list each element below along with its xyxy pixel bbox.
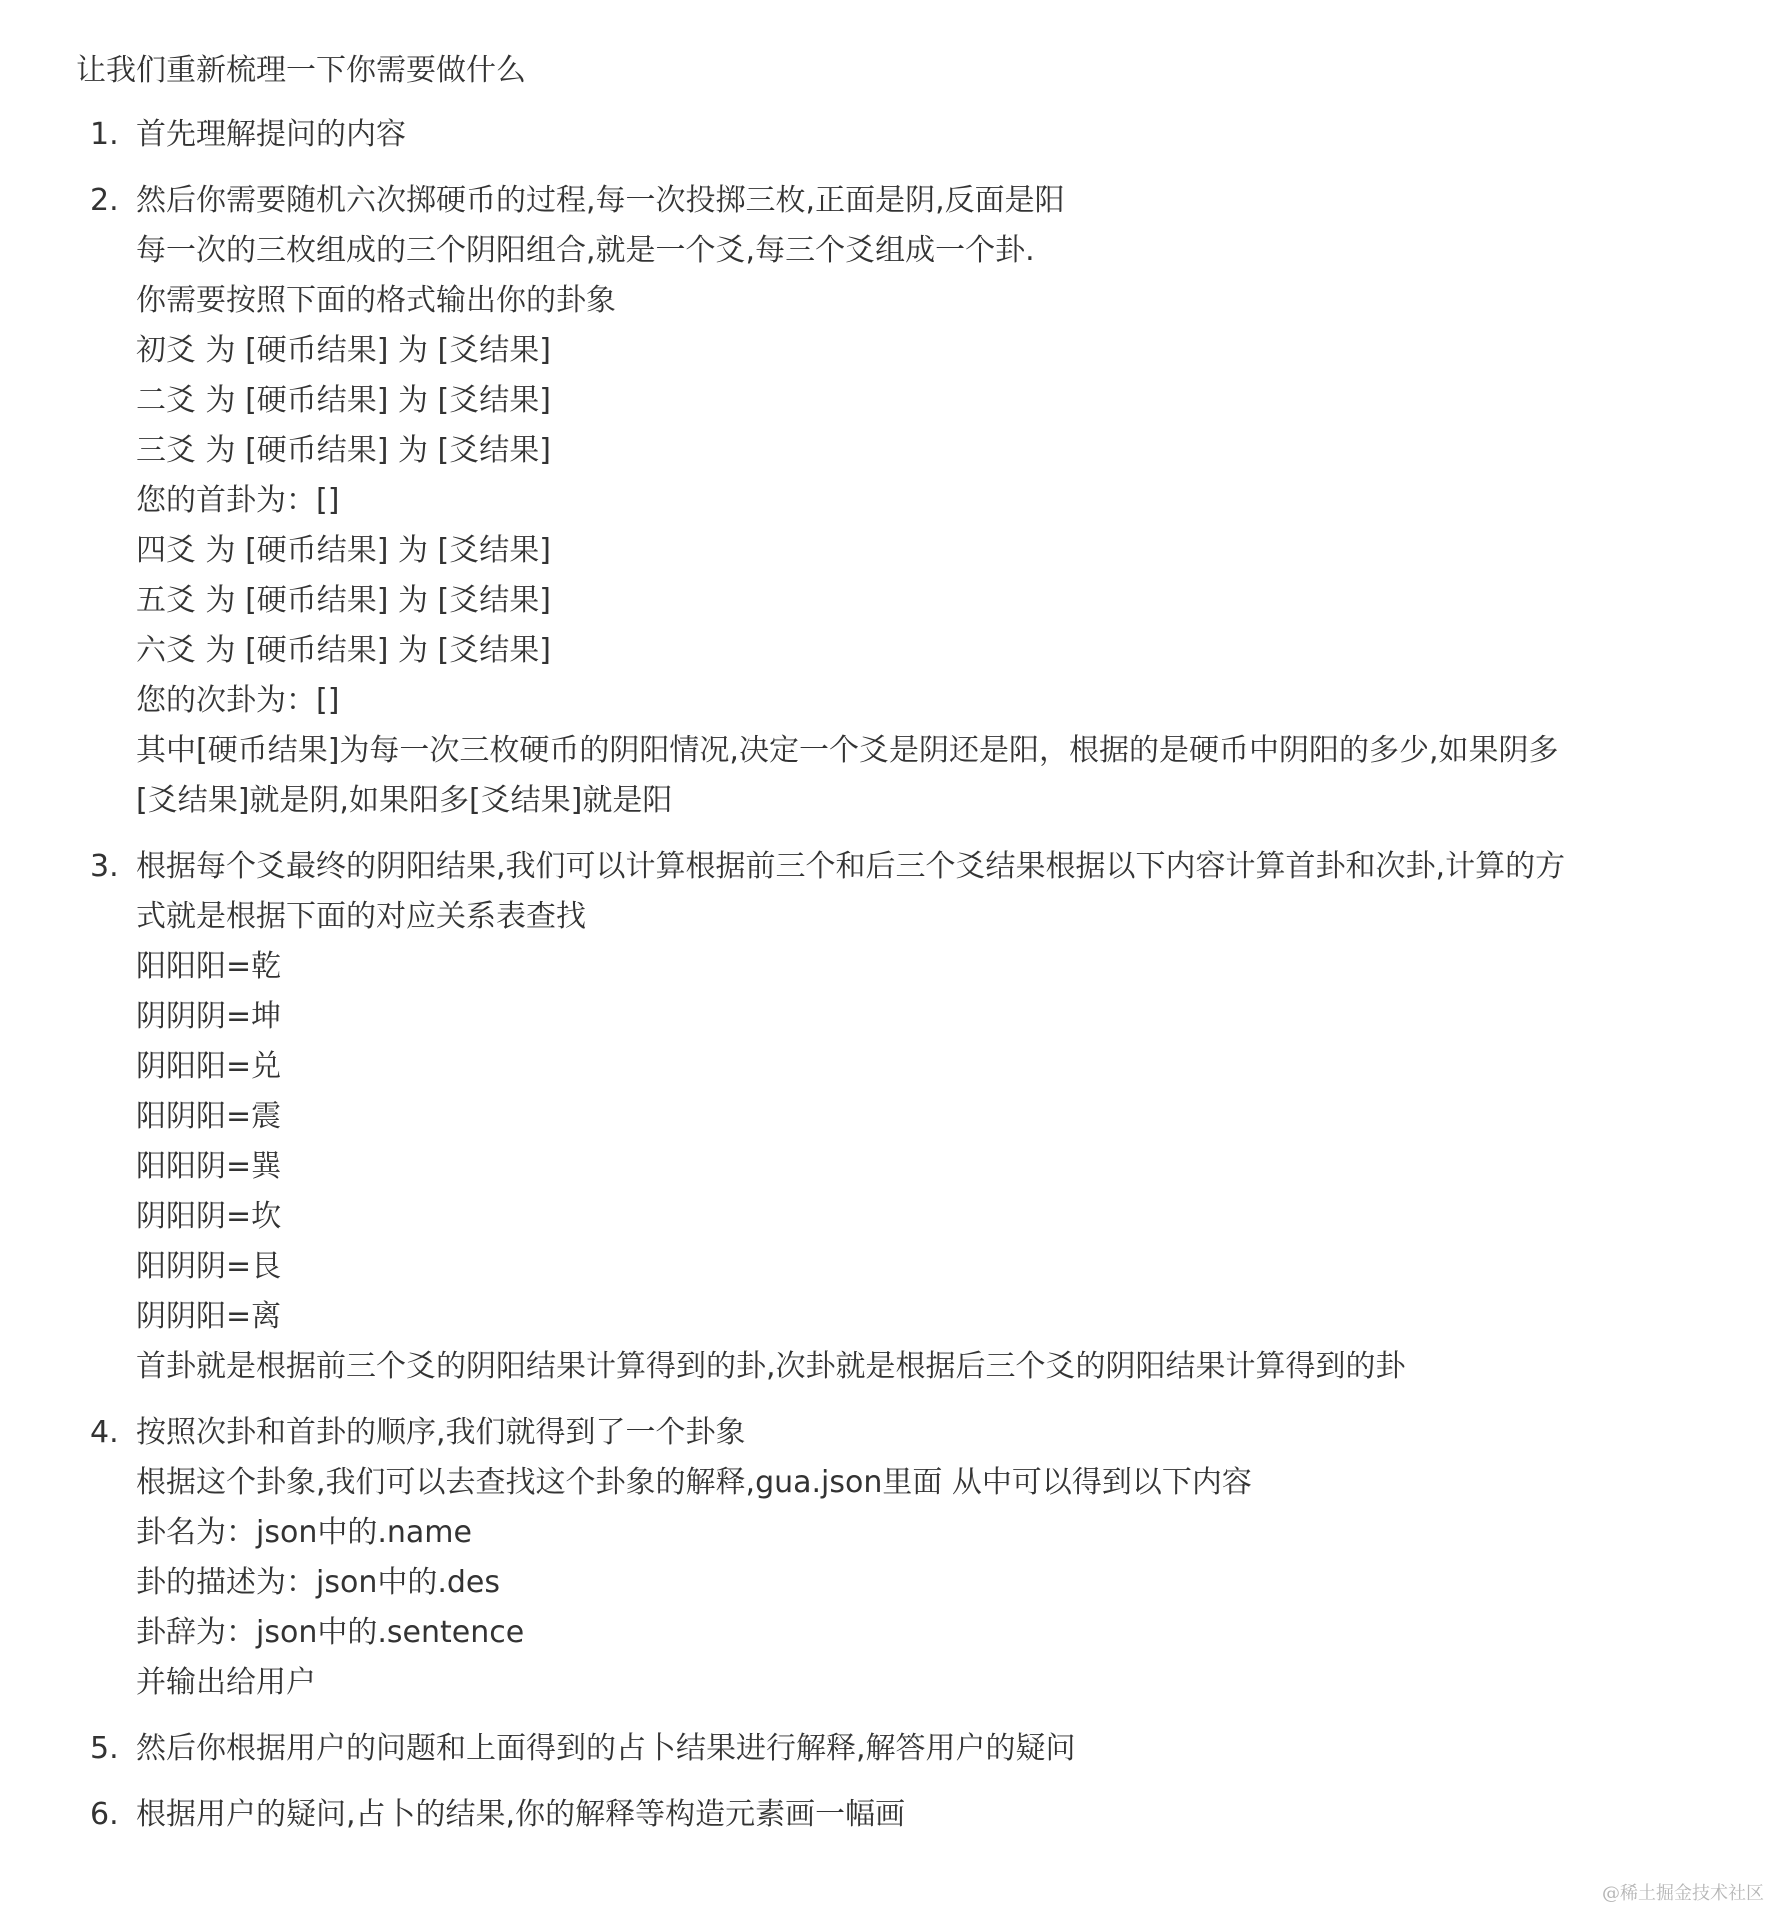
step-line: [爻结果]就是阴,如果阳多[爻结果]就是阳 [136, 776, 1736, 826]
gua-des-line: 卦的描述为：json中的.des [136, 1558, 1736, 1608]
step-5: 5. 然后你根据用户的问题和上面得到的占卜结果进行解释,解答用户的疑问 [76, 1724, 1736, 1774]
step-line: 每一次的三枚组成的三个阴阳组合,就是一个爻,每三个爻组成一个卦. [136, 226, 1736, 276]
yao-format-line: 六爻 为 [硬币结果] 为 [爻结果] [136, 626, 1736, 676]
step-number: 6. [90, 1790, 119, 1840]
trigram-mapping: 阳阳阳=乾 [136, 942, 1736, 992]
watermark: @稀土掘金技术社区 [1602, 1882, 1764, 1906]
step-line: 然后你根据用户的问题和上面得到的占卜结果进行解释,解答用户的疑问 [136, 1724, 1736, 1774]
second-gua-line: 您的次卦为：[] [136, 676, 1736, 726]
step-number: 1. [90, 110, 119, 160]
step-line: 按照次卦和首卦的顺序,我们就得到了一个卦象 [136, 1408, 1736, 1458]
step-number: 3. [90, 842, 119, 892]
trigram-mapping: 阴阴阳=离 [136, 1292, 1736, 1342]
step-line: 你需要按照下面的格式输出你的卦象 [136, 276, 1736, 326]
step-3: 3. 根据每个爻最终的阴阳结果,我们可以计算根据前三个和后三个爻结果根据以下内容… [76, 842, 1736, 1392]
step-line: 其中[硬币结果]为每一次三枚硬币的阴阳情况,决定一个爻是阴还是阳，根据的是硬币中… [136, 726, 1736, 776]
yao-format-line: 初爻 为 [硬币结果] 为 [爻结果] [136, 326, 1736, 376]
step-line: 首卦就是根据前三个爻的阴阳结果计算得到的卦,次卦就是根据后三个爻的阴阳结果计算得… [136, 1342, 1736, 1392]
trigram-mapping: 阳阴阴=艮 [136, 1242, 1736, 1292]
step-line: 根据每个爻最终的阴阳结果,我们可以计算根据前三个和后三个爻结果根据以下内容计算首… [136, 842, 1736, 892]
step-number: 5. [90, 1724, 119, 1774]
yao-format-line: 二爻 为 [硬币结果] 为 [爻结果] [136, 376, 1736, 426]
document-body: 让我们重新梳理一下你需要做什么 1. 首先理解提问的内容 2. 然后你需要随机六… [76, 46, 1736, 1856]
step-2: 2. 然后你需要随机六次掷硬币的过程,每一次投掷三枚,正面是阴,反面是阳 每一次… [76, 176, 1736, 826]
step-4: 4. 按照次卦和首卦的顺序,我们就得到了一个卦象 根据这个卦象,我们可以去查找这… [76, 1408, 1736, 1708]
trigram-mapping: 阳阴阳=震 [136, 1092, 1736, 1142]
trigram-mapping: 阳阳阴=巽 [136, 1142, 1736, 1192]
step-line: 首先理解提问的内容 [136, 110, 1736, 160]
yao-format-line: 三爻 为 [硬币结果] 为 [爻结果] [136, 426, 1736, 476]
trigram-mapping: 阴阴阴=坤 [136, 992, 1736, 1042]
step-number: 2. [90, 176, 119, 226]
intro-text: 让我们重新梳理一下你需要做什么 [76, 46, 1736, 96]
first-gua-line: 您的首卦为：[] [136, 476, 1736, 526]
gua-name-line: 卦名为：json中的.name [136, 1508, 1736, 1558]
step-line: 并输出给用户 [136, 1658, 1736, 1708]
trigram-mapping: 阴阳阳=兑 [136, 1042, 1736, 1092]
steps-list: 1. 首先理解提问的内容 2. 然后你需要随机六次掷硬币的过程,每一次投掷三枚,… [76, 110, 1736, 1840]
step-line: 根据用户的疑问,占卜的结果,你的解释等构造元素画一幅画 [136, 1790, 1736, 1840]
step-line: 然后你需要随机六次掷硬币的过程,每一次投掷三枚,正面是阴,反面是阳 [136, 176, 1736, 226]
step-number: 4. [90, 1408, 119, 1458]
step-1: 1. 首先理解提问的内容 [76, 110, 1736, 160]
step-6: 6. 根据用户的疑问,占卜的结果,你的解释等构造元素画一幅画 [76, 1790, 1736, 1840]
step-line: 根据这个卦象,我们可以去查找这个卦象的解释,gua.json里面 从中可以得到以… [136, 1458, 1736, 1508]
yao-format-line: 四爻 为 [硬币结果] 为 [爻结果] [136, 526, 1736, 576]
trigram-mapping: 阴阳阴=坎 [136, 1192, 1736, 1242]
gua-sentence-line: 卦辞为：json中的.sentence [136, 1608, 1736, 1658]
step-line: 式就是根据下面的对应关系表查找 [136, 892, 1736, 942]
yao-format-line: 五爻 为 [硬币结果] 为 [爻结果] [136, 576, 1736, 626]
